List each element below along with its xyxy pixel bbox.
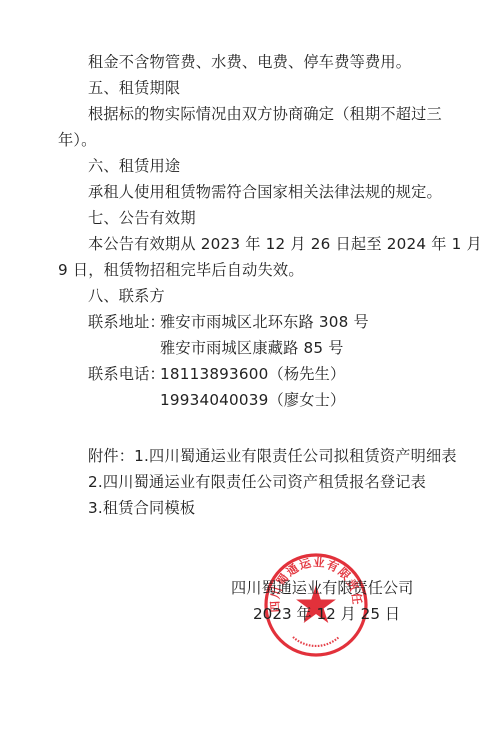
section-6-body: 承租人使用租赁物需符合国家相关法律法规的规定。 bbox=[88, 182, 442, 202]
signature-date: 2023 年 12 月 25 日 bbox=[253, 604, 400, 624]
section-7-body-cont: 9 日，租赁物招租完毕后自动失效。 bbox=[58, 260, 304, 280]
signature-company: 四川蜀通运业有限责任公司 bbox=[231, 578, 413, 598]
address-1: 雅安市雨城区北环东路 308 号 bbox=[160, 312, 369, 332]
attachment-item-2: 2.四川蜀通运业有限责任公司资产租赁报名登记表 bbox=[88, 472, 426, 492]
attachment-item-1: 1.四川蜀通运业有限责任公司拟租赁资产明细表 bbox=[134, 447, 457, 465]
section-8-title: 八、联系方 bbox=[88, 286, 165, 306]
section-5-title: 五、租赁期限 bbox=[88, 78, 180, 98]
attachments-label: 附件：1.四川蜀通运业有限责任公司拟租赁资产明细表 bbox=[88, 446, 457, 466]
address-2: 雅安市雨城区康藏路 85 号 bbox=[160, 338, 344, 358]
document-page: 租金不含物管费、水费、电费、停车费等费用。 五、租赁期限 根据标的物实际情况由双… bbox=[0, 0, 504, 732]
address-label: 联系地址： bbox=[88, 312, 165, 332]
phone-1: 18113893600（杨先生） bbox=[160, 364, 345, 384]
phone-2: 19934040039（廖女士） bbox=[160, 390, 345, 410]
section-7-title: 七、公告有效期 bbox=[88, 208, 196, 228]
attachment-item-3: 3.租赁合同模板 bbox=[88, 498, 195, 518]
section-5-body-cont: 年）。 bbox=[58, 130, 97, 150]
phone-label: 联系电话： bbox=[88, 364, 165, 384]
section-6-title: 六、租赁用途 bbox=[88, 156, 180, 176]
rent-note: 租金不含物管费、水费、电费、停车费等费用。 bbox=[88, 52, 411, 72]
section-7-body: 本公告有效期从 2023 年 12 月 26 日起至 2024 年 1 月 bbox=[88, 234, 482, 254]
attachments-label-text: 附件： bbox=[88, 447, 134, 465]
section-5-body: 根据标的物实际情况由双方协商确定（租期不超过三 bbox=[88, 104, 442, 124]
